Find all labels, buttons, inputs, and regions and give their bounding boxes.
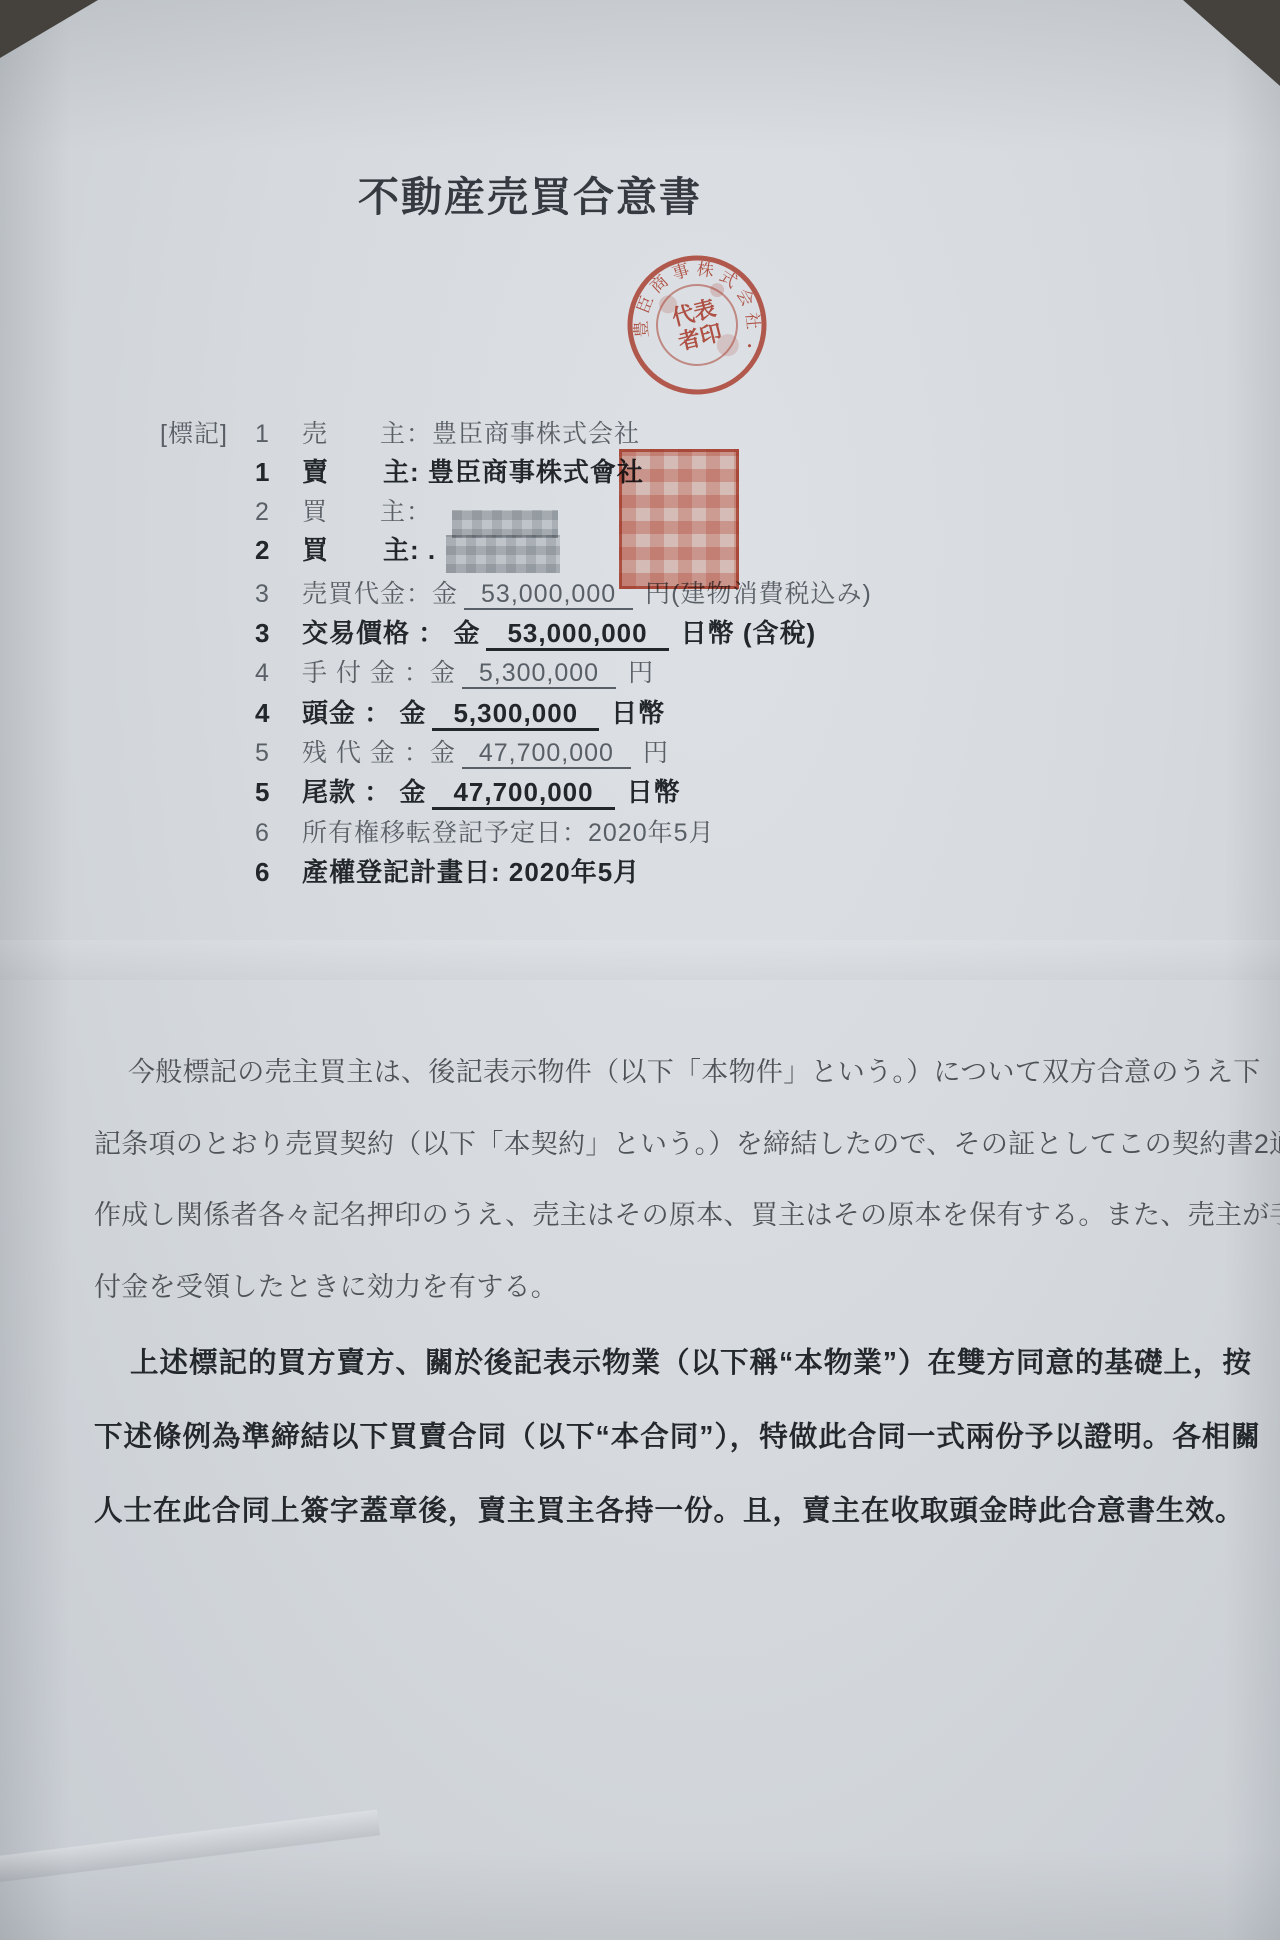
chinese-paragraph: 上述標記的買方賣方、關於後記表示物業（以下稱“本物業”）在雙方同意的基礎上，按 …	[94, 1340, 1214, 1562]
list-row-buyer-zh: 2買 主: .	[160, 530, 442, 566]
row-amount: 47,700,000	[462, 739, 631, 769]
paper-crease-middle	[0, 940, 1280, 980]
row-amount: 5,300,000	[462, 659, 616, 689]
ja-paragraph-line-3: 作成し関係者各々記名押印のうえ、売主はその原本、買主はその原本を保有する。また、…	[94, 1193, 1214, 1265]
list-row-balance-zh: 5尾款 ： 金47,700,000日幣	[160, 772, 681, 808]
row-number: 1	[255, 420, 302, 449]
row-text: 交易價格 ： 金	[302, 618, 480, 648]
row-number: 4	[255, 698, 302, 729]
japanese-paragraph: 今般標記の売主買主は、後記表示物件（以下「本物件」という。）について双方合意のう…	[94, 1050, 1214, 1336]
zh-paragraph-line-1: 上述標記的買方賣方、關於後記表示物業（以下稱“本物業”）在雙方同意的基礎上，按	[94, 1340, 1214, 1414]
row-text: 賣 主: 豊臣商事株式會社	[302, 457, 644, 487]
row-text: 產權登記計畫日: 2020年5月	[302, 857, 640, 887]
row-text: 尾款 ： 金	[302, 777, 426, 807]
row-tail: 日幣	[611, 698, 665, 728]
row-number: 1	[255, 457, 302, 488]
redacted-buyer-name-ja	[452, 510, 558, 538]
row-number: 6	[255, 819, 302, 848]
zh-paragraph-line-3: 人士在此合同上簽字蓋章後，賣主買主各持一份。且，賣主在收取頭金時此合意書生效。	[94, 1488, 1214, 1562]
row-text: 所有権移転登記予定日：2020年5月	[302, 819, 715, 847]
row-number: 3	[255, 618, 302, 649]
row-text: 手 付 金 ：金	[302, 659, 456, 687]
row-text: 買 主: .	[302, 535, 436, 565]
row-text: 売 主：豊臣商事株式会社	[302, 420, 640, 448]
zh-paragraph-line-2: 下述條例為準締結以下買賣合同（以下“本合同”），特做此合同一式兩份予以證明。各相…	[94, 1414, 1214, 1488]
page-title: 不動産売買合意書	[358, 164, 702, 223]
list-row-seller-ja: [標記]1売 主：豊臣商事株式会社	[160, 414, 646, 450]
row-tag: [標記]	[160, 414, 255, 450]
list-row-registration-ja: 6所有権移転登記予定日：2020年5月	[160, 813, 721, 849]
row-tail: 日幣 (含稅)	[681, 618, 817, 648]
row-amount: 53,000,000	[464, 580, 633, 610]
row-number: 5	[255, 777, 302, 808]
ja-paragraph-line-2: 記条項のとおり売買契約（以下「本契約」という。）を締結したので、その証としてこの…	[94, 1122, 1214, 1194]
ja-paragraph-line-1: 今般標記の売主買主は、後記表示物件（以下「本物件」という。）について双方合意のう…	[94, 1050, 1214, 1122]
paper-fold-bottom-left	[0, 1810, 380, 1887]
row-number: 2	[255, 535, 302, 566]
row-amount: 47,700,000	[432, 777, 614, 810]
paper-crease-top	[0, 0, 1280, 150]
row-number: 5	[255, 739, 302, 768]
row-tail: 円	[628, 659, 654, 687]
row-number: 2	[255, 498, 302, 527]
row-text: 売買代金：金	[302, 580, 458, 608]
redacted-buyer-name-zh	[446, 535, 560, 573]
company-seal-icon: 豊 臣 商 事 株 式 会 社 ・ 代表 者印	[606, 234, 788, 416]
row-number: 3	[255, 580, 302, 609]
redacted-square-seal	[619, 449, 739, 589]
row-number: 4	[255, 659, 302, 688]
list-row-deposit-ja: 4手 付 金 ：金5,300,000円	[160, 653, 654, 689]
list-row-price-ja: 3売買代金：金53,000,000円(建物消費税込み)	[160, 574, 872, 610]
row-text: 買 主：	[302, 498, 432, 526]
list-row-price-zh: 3交易價格 ： 金53,000,000日幣 (含稅)	[160, 613, 816, 649]
paper-crease-bottom	[0, 1850, 1280, 1940]
paper-crease-left	[0, 0, 70, 1940]
row-tail: 日幣	[627, 777, 681, 807]
list-row-seller-zh: 1賣 主: 豊臣商事株式會社	[160, 452, 650, 488]
list-row-deposit-zh: 4頭金 ： 金5,300,000日幣	[160, 693, 665, 729]
document-paper: 不動産売買合意書 [標記]1売 主：豊臣商事株式会社 1賣 主: 豊臣商事株式會…	[0, 0, 1280, 1940]
row-amount: 5,300,000	[432, 698, 599, 731]
company-seal-stamp: 豊 臣 商 事 株 式 会 社 ・ 代表 者印	[606, 234, 788, 416]
row-text: 残 代 金 ：金	[302, 739, 456, 767]
list-row-buyer-ja: 2買 主：	[160, 492, 438, 528]
row-number: 6	[255, 857, 302, 888]
list-row-balance-ja: 5残 代 金 ：金47,700,000円	[160, 733, 669, 769]
row-amount: 53,000,000	[486, 618, 668, 651]
row-text: 頭金 ： 金	[302, 698, 426, 728]
row-tail: 円	[643, 739, 669, 767]
ja-paragraph-line-4: 付金を受領したときに効力を有する。	[94, 1265, 1214, 1337]
paper-crease-right	[1225, 0, 1280, 1940]
list-row-registration-zh: 6產權登記計畫日: 2020年5月	[160, 852, 646, 888]
